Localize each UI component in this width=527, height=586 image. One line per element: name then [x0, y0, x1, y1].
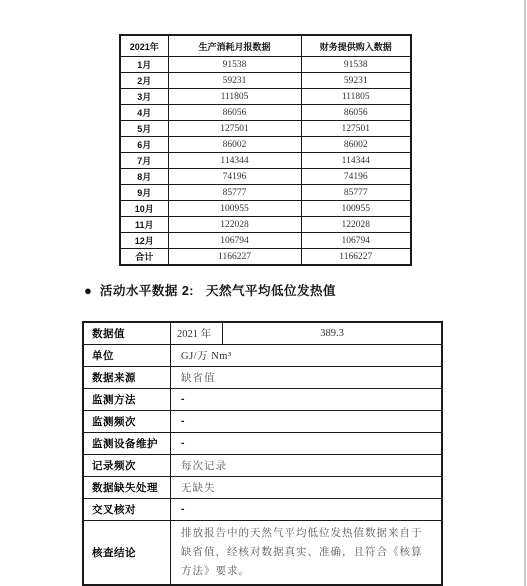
- row-label: 核查结论: [83, 520, 171, 585]
- monthly-data-table: 2021年 生产消耗月报数据 财务提供购入数据 1月9153891538 2月5…: [119, 34, 412, 266]
- bullet-icon: ●: [84, 284, 92, 297]
- month-cell: 8月: [120, 169, 168, 185]
- value-cell: 缺省值: [171, 366, 443, 388]
- equipment-maintenance-row: 监测设备维护 -: [83, 432, 442, 454]
- table-row: 12月106794106794: [120, 233, 411, 249]
- document-page: 2021年 生产消耗月报数据 财务提供购入数据 1月9153891538 2月5…: [0, 0, 527, 586]
- table-row: 11月122028122028: [120, 217, 411, 233]
- table-row: 1月9153891538: [120, 57, 411, 73]
- value-cell: GJ/万 Nm³: [171, 344, 443, 366]
- production-cell: 106794: [168, 233, 301, 249]
- value-cell: -: [171, 388, 443, 410]
- section-heading-label: 活动水平数据 2:: [100, 281, 194, 299]
- data-value-row: 数据值 2021 年 389.3: [83, 322, 442, 344]
- verification-conclusion-row: 核查结论 排放报告中的天然气平均低位发热值数据来自于缺省值，经核对数据真实、准确…: [83, 520, 442, 585]
- page-right-edge: [524, 0, 526, 586]
- data-source-row: 数据来源 缺省值: [83, 366, 442, 388]
- production-cell: 122028: [168, 217, 301, 233]
- month-cell: 11月: [120, 217, 168, 233]
- finance-cell: 85777: [301, 185, 411, 201]
- row-label: 监测频次: [83, 410, 171, 432]
- section-heading: ● 活动水平数据 2: 天然气平均低位发热值: [84, 282, 484, 298]
- year-cell: 2021 年: [171, 322, 223, 344]
- production-cell: 114344: [168, 153, 301, 169]
- finance-cell: 127501: [301, 121, 411, 137]
- row-label: 数据来源: [83, 366, 171, 388]
- table-row: 2月5923159231: [120, 73, 411, 89]
- table-header-row: 2021年 生产消耗月报数据 财务提供购入数据: [120, 35, 411, 57]
- month-cell: 7月: [120, 153, 168, 169]
- production-cell: 59231: [168, 73, 301, 89]
- finance-cell: 100955: [301, 201, 411, 217]
- header-production: 生产消耗月报数据: [168, 35, 301, 57]
- monitoring-method-row: 监测方法 -: [83, 388, 442, 410]
- row-label: 监测设备维护: [83, 432, 171, 454]
- month-cell: 6月: [120, 137, 168, 153]
- value-cell: -: [171, 432, 443, 454]
- month-cell: 9月: [120, 185, 168, 201]
- finance-cell: 91538: [301, 57, 411, 73]
- month-cell: 10月: [120, 201, 168, 217]
- row-label: 数据值: [83, 322, 171, 344]
- finance-cell: 59231: [301, 73, 411, 89]
- table-total-row: 合计11662271166227: [120, 249, 411, 266]
- month-cell: 2月: [120, 73, 168, 89]
- value-cell: 排放报告中的天然气平均低位发热值数据来自于缺省值，经核对数据真实、准确，且符合《…: [171, 520, 443, 585]
- value-cell: -: [171, 410, 443, 432]
- unit-row: 单位 GJ/万 Nm³: [83, 344, 442, 366]
- table-row: 4月8605686056: [120, 105, 411, 121]
- missing-data-row: 数据缺失处理 无缺失: [83, 476, 442, 498]
- row-label: 记录频次: [83, 454, 171, 476]
- production-cell: 91538: [168, 57, 301, 73]
- production-cell: 86056: [168, 105, 301, 121]
- table-row: 5月127501127501: [120, 121, 411, 137]
- table-row: 9月8577785777: [120, 185, 411, 201]
- header-finance: 财务提供购入数据: [301, 35, 411, 57]
- total-finance-cell: 1166227: [301, 249, 411, 266]
- monitoring-frequency-row: 监测频次 -: [83, 410, 442, 432]
- finance-cell: 122028: [301, 217, 411, 233]
- table-row: 3月111805111805: [120, 89, 411, 105]
- finance-cell: 86002: [301, 137, 411, 153]
- production-cell: 86002: [168, 137, 301, 153]
- month-cell: 3月: [120, 89, 168, 105]
- finance-cell: 111805: [301, 89, 411, 105]
- value-cell: 无缺失: [171, 476, 443, 498]
- value-cell: -: [171, 498, 443, 520]
- section-heading-title: 天然气平均低位发热值: [206, 281, 336, 299]
- month-cell: 1月: [120, 57, 168, 73]
- record-frequency-row: 记录频次 每次记录: [83, 454, 442, 476]
- table-row: 10月100955100955: [120, 201, 411, 217]
- row-label: 数据缺失处理: [83, 476, 171, 498]
- production-cell: 100955: [168, 201, 301, 217]
- table-row: 6月8600286002: [120, 137, 411, 153]
- total-production-cell: 1166227: [168, 249, 301, 266]
- row-label: 监测方法: [83, 388, 171, 410]
- cross-check-row: 交叉核对 -: [83, 498, 442, 520]
- production-cell: 111805: [168, 89, 301, 105]
- finance-cell: 114344: [301, 153, 411, 169]
- production-cell: 85777: [168, 185, 301, 201]
- table-row: 8月7419674196: [120, 169, 411, 185]
- value-cell: 389.3: [223, 322, 443, 344]
- parameter-table: 数据值 2021 年 389.3 单位 GJ/万 Nm³ 数据来源 缺省值 监测…: [82, 321, 443, 586]
- finance-cell: 106794: [301, 233, 411, 249]
- total-label-cell: 合计: [120, 249, 168, 266]
- header-year: 2021年: [120, 35, 168, 57]
- row-label: 交叉核对: [83, 498, 171, 520]
- month-cell: 4月: [120, 105, 168, 121]
- finance-cell: 74196: [301, 169, 411, 185]
- production-cell: 127501: [168, 121, 301, 137]
- month-cell: 5月: [120, 121, 168, 137]
- row-label: 单位: [83, 344, 171, 366]
- table-row: 7月114344114344: [120, 153, 411, 169]
- finance-cell: 86056: [301, 105, 411, 121]
- production-cell: 74196: [168, 169, 301, 185]
- month-cell: 12月: [120, 233, 168, 249]
- value-cell: 每次记录: [171, 454, 443, 476]
